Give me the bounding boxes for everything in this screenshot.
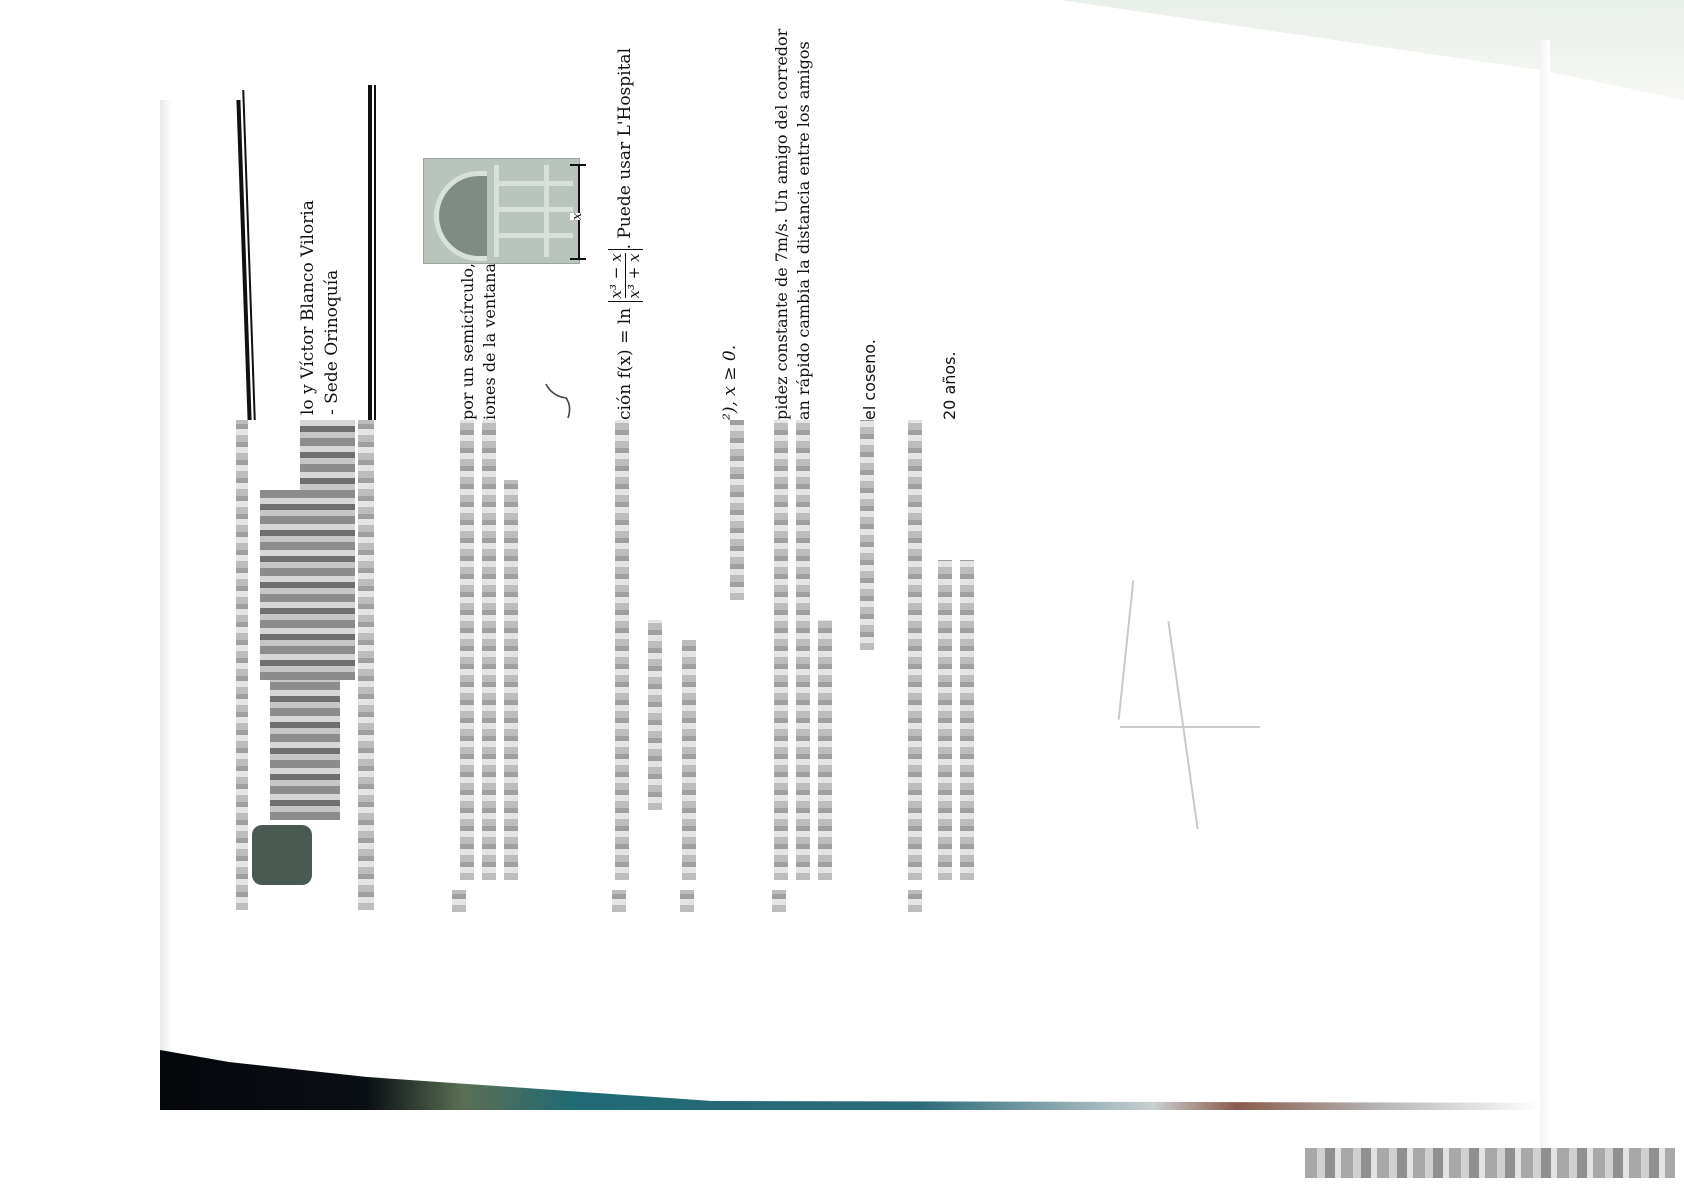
problem-4-number bbox=[772, 890, 786, 912]
dimension-label-x: x bbox=[570, 213, 585, 220]
problem-4-redacted-line3 bbox=[818, 620, 832, 880]
problem-2-text: ción f(x) = ln bbox=[615, 308, 635, 420]
header-border-right bbox=[368, 85, 372, 420]
problem-4-line2: an rápido cambia la distancia entre los … bbox=[794, 41, 813, 420]
problem-6-redacted-line1 bbox=[908, 420, 922, 880]
problem-2-fraction: x³ − xx³ + x bbox=[608, 249, 643, 302]
scanner-watermark: Escaneado con CamScanner bbox=[1305, 1148, 1675, 1178]
problem-4-redacted-line1 bbox=[774, 420, 788, 880]
window-semicircle bbox=[434, 171, 487, 261]
problem-3-condition: ²), x ≥ 0. bbox=[720, 345, 740, 420]
scan-background-bottom bbox=[160, 1050, 1540, 1110]
header-redacted-frame bbox=[236, 420, 248, 910]
header-border-right-2 bbox=[374, 85, 376, 420]
university-logo bbox=[252, 825, 312, 885]
fraction-denominator: x³ + x bbox=[625, 253, 643, 298]
problem-1-number bbox=[452, 890, 466, 912]
problem-3-number bbox=[680, 890, 694, 912]
problem-6-line: 20 años. bbox=[940, 351, 959, 420]
header-redacted-title bbox=[260, 490, 302, 680]
window-mullion bbox=[494, 165, 499, 257]
window-mullion bbox=[494, 181, 573, 186]
problem-1-redacted-line3 bbox=[504, 480, 518, 880]
problem-2-redacted-line1 bbox=[615, 420, 629, 880]
pencil-stroke bbox=[1118, 580, 1135, 719]
problem-2-line1: ción f(x) = ln x³ − xx³ + x. Puede usar … bbox=[608, 48, 643, 420]
problem-1-redacted-line1 bbox=[460, 420, 474, 880]
pencil-axis-vertical bbox=[1167, 621, 1198, 829]
problem-2-number bbox=[612, 890, 626, 912]
problem-6-redacted-line3 bbox=[960, 560, 974, 880]
problem-5-line: el coseno. bbox=[860, 339, 879, 420]
window-mullion bbox=[494, 233, 573, 238]
dimension-tick bbox=[570, 164, 586, 166]
pencil-axis-horizontal bbox=[1120, 726, 1260, 728]
header-redacted-info bbox=[300, 420, 355, 680]
header-campus: - Sede Orinoquía bbox=[322, 270, 342, 415]
header-redacted-logo-text bbox=[270, 680, 340, 820]
page-right-edge bbox=[1540, 40, 1550, 1150]
problem-1-redacted-line2 bbox=[482, 420, 496, 880]
problem-2-redacted-line2 bbox=[648, 620, 662, 810]
fraction-numerator: x³ − x bbox=[608, 253, 626, 298]
handwritten-checkmark bbox=[542, 378, 584, 420]
header-authors: lo y Víctor Blanco Viloria bbox=[298, 200, 318, 415]
problem-3-redacted-line bbox=[682, 640, 696, 880]
problem-3-redacted-formula bbox=[730, 420, 744, 600]
problem-2-suffix: . Puede usar L'Hospital bbox=[615, 48, 635, 249]
dimension-tick bbox=[570, 258, 586, 260]
problem-6-number bbox=[908, 890, 922, 912]
problem-1-line1: por un semicírculo, bbox=[458, 263, 477, 420]
window-figure bbox=[423, 158, 580, 264]
problem-5-redacted-line bbox=[860, 420, 874, 650]
problem-4-redacted-line2 bbox=[796, 420, 810, 880]
problem-4-line1: pidez constante de 7m/s. Un amigo del co… bbox=[772, 29, 791, 420]
window-mullion bbox=[494, 207, 573, 212]
header-redacted-frame-right bbox=[358, 420, 374, 910]
problem-6-redacted-line2 bbox=[938, 560, 952, 880]
problem-1-line2: iones de la ventana bbox=[480, 263, 499, 420]
exam-page: lo y Víctor Blanco Viloria - Sede Orinoq… bbox=[160, 60, 1540, 1050]
window-mullion bbox=[544, 165, 549, 257]
